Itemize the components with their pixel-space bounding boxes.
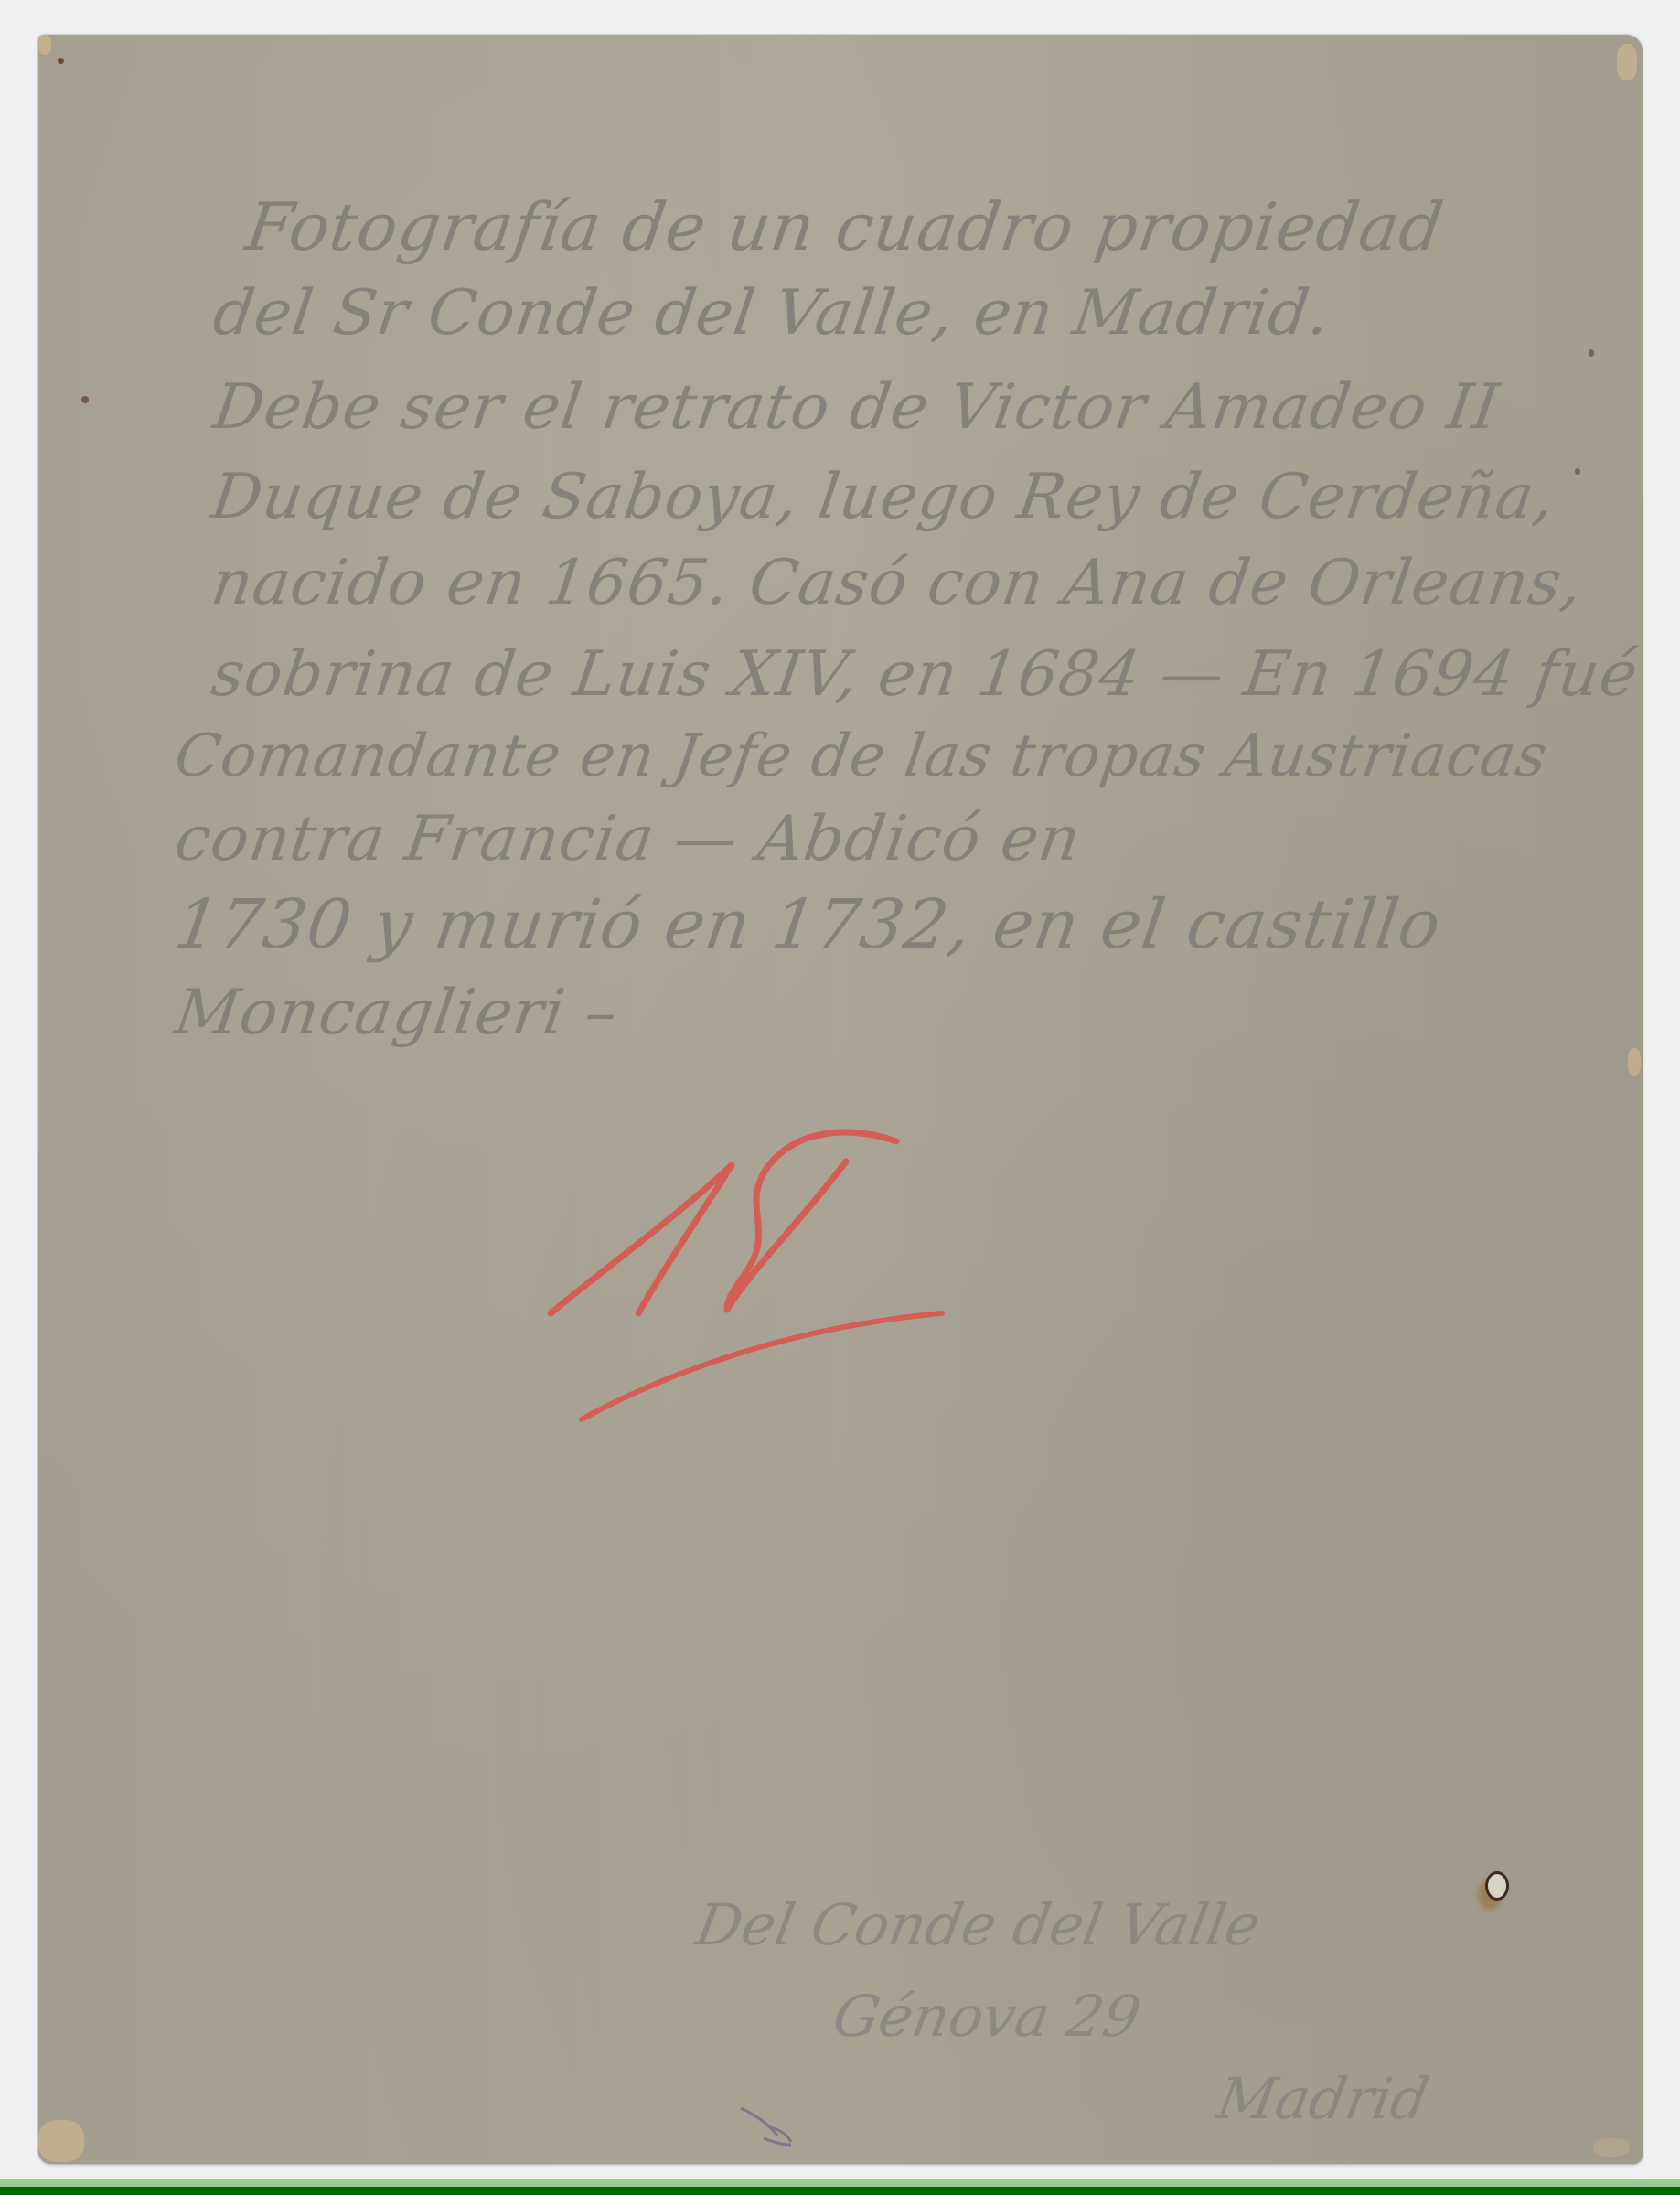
inscription-line: nacido en 1665. Casó con Ana de Orleans, <box>207 547 1587 619</box>
footer-color-bar <box>0 2179 1680 2195</box>
inscription-line: Moncaglieri – <box>170 977 622 1049</box>
inscription-line: Comandante en Jefe de las tropas Austria… <box>171 723 1552 790</box>
signature-line: Génova 29 <box>829 1983 1146 2050</box>
inscription-line: 1730 y murió en 1732, en el castillo <box>170 885 1446 964</box>
red-number-18: 18 <box>503 1097 960 1463</box>
signature-line: Madrid <box>1213 2065 1434 2132</box>
signature-line: Del Conde del Valle <box>691 1891 1266 1958</box>
stain-hole <box>1485 1871 1509 1901</box>
inscription-line: sobrina de Luis XIV, en 1684 — En 1694 f… <box>207 638 1643 711</box>
red-number-text: 18 <box>503 1097 505 1098</box>
inscription-line: Debe ser el retrato de Victor Amadeo II <box>209 371 1503 444</box>
inscription-line: del Sr Conde del Valle, en Madrid. <box>209 277 1334 349</box>
purple-ink-mark <box>736 2104 800 2149</box>
inscription-line: contra Francia — Abdicó en <box>170 803 1085 875</box>
inscription-line: Duque de Saboya, luego Rey de Cerdeña, <box>207 461 1559 533</box>
inscription-line: Fotografía de un cuadro propiedad <box>241 188 1449 265</box>
